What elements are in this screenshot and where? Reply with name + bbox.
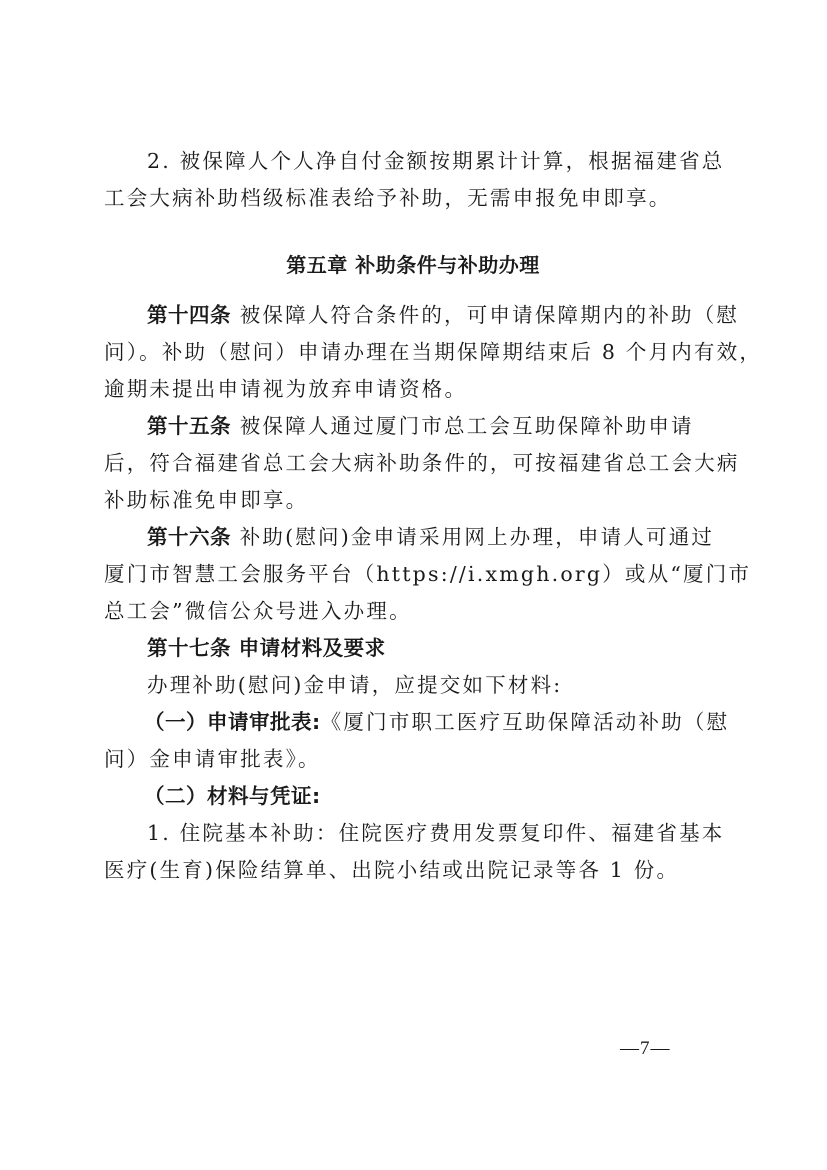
article-16-text: 补助(慰问)金申请采用网上办理，申请人可通过 bbox=[231, 525, 714, 549]
article-14-label: 第十四条 bbox=[147, 303, 231, 327]
article-14-text: 被保障人符合条件的，可申请保障期内的补助（慰 bbox=[231, 303, 739, 327]
article-15-line-2: 后，符合福建省总工会大病补助条件的，可按福建省总工会大病 bbox=[104, 448, 722, 478]
article-17-intro: 办理补助(慰问)金申请，应提交如下材料: bbox=[147, 670, 722, 700]
page-number: —7— bbox=[620, 1038, 671, 1060]
article-16-line-3: 总工会”微信公众号进入办理。 bbox=[104, 596, 722, 626]
article-16-line-2: 厦门市智慧工会服务平台（https://i.xmgh.org）或从“厦门市 bbox=[104, 559, 722, 589]
sub-item-1-line-2: 医疗(生育)保险结算单、出院小结或出院记录等各 1 份。 bbox=[104, 855, 722, 885]
article-15-text: 被保障人通过厦门市总工会互助保障补助申请 bbox=[231, 414, 694, 438]
paragraph-line: 2. 被保障人个人净自付金额按期累计计算，根据福建省总 bbox=[147, 146, 722, 176]
article-16-label: 第十六条 bbox=[147, 525, 231, 549]
paragraph-line: 工会大病补助档级标准表给予补助，无需申报免申即享。 bbox=[104, 183, 722, 213]
article-17-heading: 第十七条 申请材料及要求 bbox=[147, 633, 722, 663]
item-1-label: （一）申请审批表: bbox=[144, 710, 321, 734]
item-1-text: 《厦门市职工医疗互助保障活动补助（慰 bbox=[321, 710, 730, 734]
article-15-label: 第十五条 bbox=[147, 414, 231, 438]
article-14-line-2: 问）。补助（慰问）申请办理在当期保障期结束后 8 个月内有效， bbox=[104, 337, 722, 367]
item-2-label: （二）材料与凭证: bbox=[144, 781, 722, 811]
item-1-line-2: 问）金申请审批表》。 bbox=[104, 744, 722, 774]
article-15-line-3: 补助标准免申即享。 bbox=[104, 485, 722, 515]
article-14-line-3: 逾期未提出申请视为放弃申请资格。 bbox=[104, 374, 722, 404]
item-1-line-1: （一）申请审批表:《厦门市职工医疗互助保障活动补助（慰 bbox=[144, 707, 722, 737]
article-16-line-1: 第十六条 补助(慰问)金申请采用网上办理，申请人可通过 bbox=[147, 522, 722, 552]
article-14-line-1: 第十四条 被保障人符合条件的，可申请保障期内的补助（慰 bbox=[147, 300, 722, 330]
article-15-line-1: 第十五条 被保障人通过厦门市总工会互助保障补助申请 bbox=[147, 411, 722, 441]
sub-item-1-line-1: 1. 住院基本补助：住院医疗费用发票复印件、福建省基本 bbox=[147, 818, 722, 848]
chapter-heading: 第五章 补助条件与补助办理 bbox=[104, 250, 722, 280]
